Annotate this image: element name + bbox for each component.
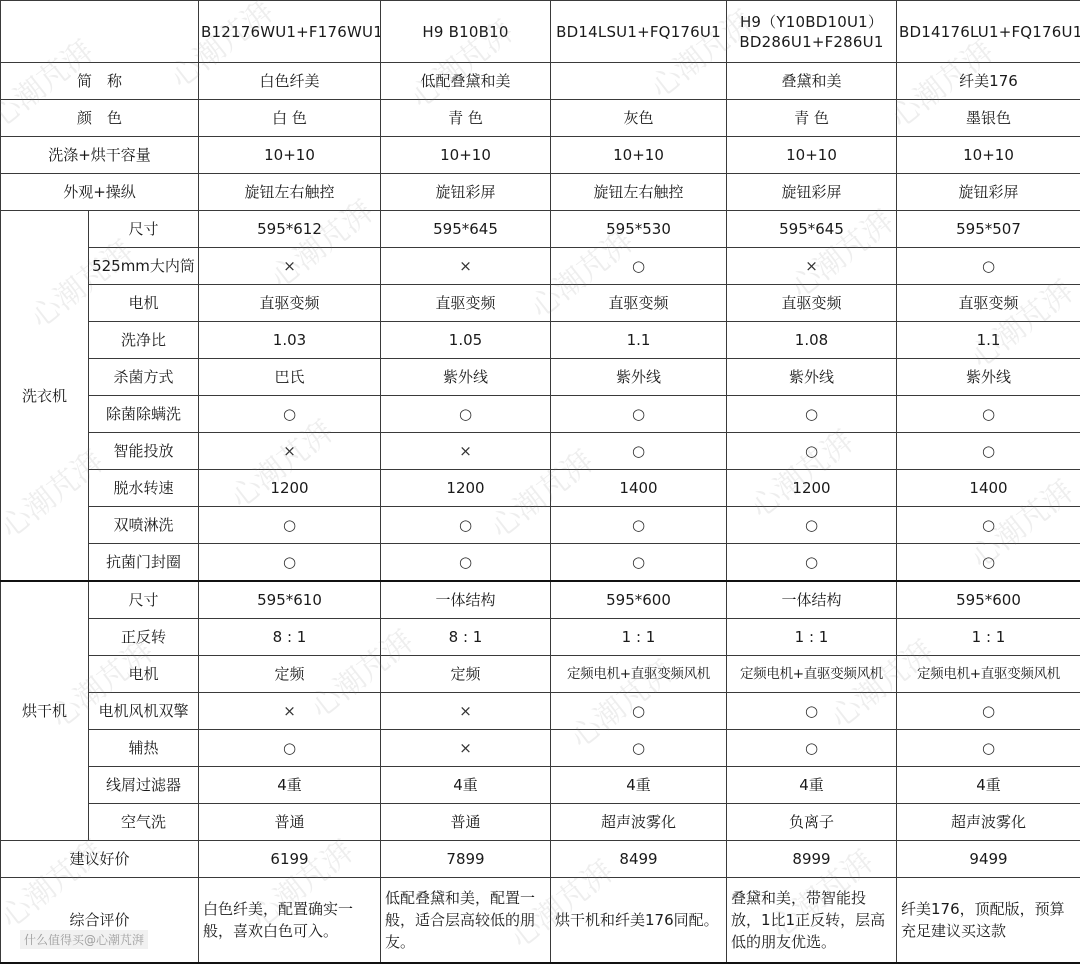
table-row-evaluation: 综合评价 白色纤美，配置确实一般，喜欢白色可入。 低配叠黛和美，配置一般，适合层…	[1, 878, 1080, 964]
cell: 8 : 1	[199, 619, 381, 656]
cell: ○	[551, 507, 727, 544]
comparison-table: B12176WU1+F176WU1 H9 B10B10 BD14LSU1+FQ1…	[0, 0, 1080, 964]
cell: 巴氏	[199, 359, 381, 396]
evaluation-cell: 白色纤美，配置确实一般，喜欢白色可入。	[199, 878, 381, 964]
cell: 1.03	[199, 322, 381, 359]
table-row-dryer: 电机风机双擎 × × ○ ○ ○	[1, 693, 1080, 730]
evaluation-cell: 低配叠黛和美，配置一般，适合层高较低的朋友。	[381, 878, 551, 964]
cell: ○	[727, 544, 897, 582]
table-row-washer: 智能投放 × × ○ ○ ○	[1, 433, 1080, 470]
cell: 直驱变频	[727, 285, 897, 322]
cell: 10+10	[199, 137, 381, 174]
model-header: H9（Y10BD10U1） BD286U1+F286U1	[727, 1, 897, 63]
cell: ○	[381, 544, 551, 582]
model-header: B12176WU1+F176WU1	[199, 1, 381, 63]
row-label: 双喷淋洗	[89, 507, 199, 544]
cell: ○	[381, 396, 551, 433]
table-row-dryer: 电机 定频 定频 定频电机+直驱变频风机 定频电机+直驱变频风机 定频电机+直驱…	[1, 656, 1080, 693]
group-label-washer: 洗衣机	[1, 211, 89, 582]
row-label: 辅热	[89, 730, 199, 767]
cell: 8 : 1	[381, 619, 551, 656]
evaluation-cell: 叠黛和美，带智能投放，1比1正反转，层高低的朋友优选。	[727, 878, 897, 964]
cell: ○	[727, 433, 897, 470]
cell: 4重	[381, 767, 551, 804]
cell: 定频	[199, 656, 381, 693]
cell: 紫外线	[551, 359, 727, 396]
model-header: BD14176LU1+FQ176U1	[897, 1, 1080, 63]
table-row-washer: 杀菌方式 巴氏 紫外线 紫外线 紫外线 紫外线	[1, 359, 1080, 396]
corner-cell	[1, 1, 199, 63]
table-row-washer: 525mm大内筒 × × ○ × ○	[1, 248, 1080, 285]
cell: 白色纤美	[199, 63, 381, 100]
cell: ○	[727, 730, 897, 767]
table-row-dryer: 线屑过滤器 4重 4重 4重 4重 4重	[1, 767, 1080, 804]
cell: 旋钮左右触控	[551, 174, 727, 211]
cell: ○	[551, 396, 727, 433]
row-label: 颜 色	[1, 100, 199, 137]
cell: 超声波雾化	[551, 804, 727, 841]
cell: ○	[551, 730, 727, 767]
table-row-washer: 抗菌门封圈 ○ ○ ○ ○ ○	[1, 544, 1080, 582]
cell: ×	[199, 693, 381, 730]
cell: 普通	[199, 804, 381, 841]
price-cell: 8499	[551, 841, 727, 878]
cell: 紫外线	[897, 359, 1080, 396]
cell: ×	[381, 248, 551, 285]
table-row-capacity: 洗涤+烘干容量 10+10 10+10 10+10 10+10 10+10	[1, 137, 1080, 174]
row-label: 电机	[89, 285, 199, 322]
price-cell: 6199	[199, 841, 381, 878]
cell: 4重	[551, 767, 727, 804]
cell: 旋钮彩屏	[727, 174, 897, 211]
row-label: 电机风机双擎	[89, 693, 199, 730]
cell: 一体结构	[381, 581, 551, 619]
cell: 定频	[381, 656, 551, 693]
cell: 10+10	[551, 137, 727, 174]
cell: 595*600	[897, 581, 1080, 619]
cell: ○	[551, 433, 727, 470]
row-label: 智能投放	[89, 433, 199, 470]
row-label: 抗菌门封圈	[89, 544, 199, 582]
row-label: 除菌除螨洗	[89, 396, 199, 433]
row-label: 线屑过滤器	[89, 767, 199, 804]
cell: ○	[381, 507, 551, 544]
cell: 旋钮左右触控	[199, 174, 381, 211]
cell: 青 色	[381, 100, 551, 137]
table-row-controls: 外观+操纵 旋钮左右触控 旋钮彩屏 旋钮左右触控 旋钮彩屏 旋钮彩屏	[1, 174, 1080, 211]
table-row-dryer: 烘干机 尺寸 595*610 一体结构 595*600 一体结构 595*600	[1, 581, 1080, 619]
row-label: 空气洗	[89, 804, 199, 841]
cell: 直驱变频	[199, 285, 381, 322]
cell: 1.1	[551, 322, 727, 359]
cell: 10+10	[381, 137, 551, 174]
cell: 1 : 1	[727, 619, 897, 656]
cell: 595*507	[897, 211, 1080, 248]
cell: ○	[551, 248, 727, 285]
row-label: 杀菌方式	[89, 359, 199, 396]
cell: ○	[199, 544, 381, 582]
cell: 旋钮彩屏	[381, 174, 551, 211]
cell: ○	[897, 544, 1080, 582]
row-label: 洗涤+烘干容量	[1, 137, 199, 174]
cell: ○	[199, 730, 381, 767]
cell: ○	[727, 693, 897, 730]
cell: ×	[381, 730, 551, 767]
cell: 一体结构	[727, 581, 897, 619]
cell: 白 色	[199, 100, 381, 137]
cell: 定频电机+直驱变频风机	[727, 656, 897, 693]
table-row-color: 颜 色 白 色 青 色 灰色 青 色 墨银色	[1, 100, 1080, 137]
price-cell: 7899	[381, 841, 551, 878]
cell: ○	[551, 544, 727, 582]
cell: ○	[897, 693, 1080, 730]
cell: ○	[897, 507, 1080, 544]
cell: 负离子	[727, 804, 897, 841]
cell: 定频电机+直驱变频风机	[551, 656, 727, 693]
row-label: 正反转	[89, 619, 199, 656]
cell: 1.1	[897, 322, 1080, 359]
cell: ○	[727, 396, 897, 433]
cell: ×	[727, 248, 897, 285]
cell: 10+10	[727, 137, 897, 174]
cell: ×	[199, 433, 381, 470]
row-label: 简 称	[1, 63, 199, 100]
price-cell: 9499	[897, 841, 1080, 878]
row-label: 综合评价	[1, 878, 199, 964]
cell: ×	[199, 248, 381, 285]
cell: ×	[381, 433, 551, 470]
table-row-dryer: 辅热 ○ × ○ ○ ○	[1, 730, 1080, 767]
cell: 1200	[381, 470, 551, 507]
cell: 4重	[727, 767, 897, 804]
model-header: BD14LSU1+FQ176U1	[551, 1, 727, 63]
evaluation-cell: 纤美176，顶配版，预算充足建议买这款	[897, 878, 1080, 964]
table-row-washer: 脱水转速 1200 1200 1400 1200 1400	[1, 470, 1080, 507]
cell: 595*530	[551, 211, 727, 248]
cell: ○	[199, 396, 381, 433]
model-header: H9 B10B10	[381, 1, 551, 63]
group-label-dryer: 烘干机	[1, 581, 89, 841]
cell: 1400	[897, 470, 1080, 507]
cell: 1 : 1	[551, 619, 727, 656]
cell: 紫外线	[727, 359, 897, 396]
table-row-short-name: 简 称 白色纤美 低配叠黛和美 叠黛和美 纤美176	[1, 63, 1080, 100]
row-label: 电机	[89, 656, 199, 693]
header-row: B12176WU1+F176WU1 H9 B10B10 BD14LSU1+FQ1…	[1, 1, 1080, 63]
table-row-dryer: 空气洗 普通 普通 超声波雾化 负离子 超声波雾化	[1, 804, 1080, 841]
cell: ○	[897, 433, 1080, 470]
table-row-washer: 洗净比 1.03 1.05 1.1 1.08 1.1	[1, 322, 1080, 359]
table-row-dryer: 正反转 8 : 1 8 : 1 1 : 1 1 : 1 1 : 1	[1, 619, 1080, 656]
table-row-washer: 双喷淋洗 ○ ○ ○ ○ ○	[1, 507, 1080, 544]
cell: 1200	[727, 470, 897, 507]
cell: 青 色	[727, 100, 897, 137]
cell: 1.08	[727, 322, 897, 359]
table-row-washer: 洗衣机 尺寸 595*612 595*645 595*530 595*645 5…	[1, 211, 1080, 248]
cell: ○	[551, 693, 727, 730]
row-label: 外观+操纵	[1, 174, 199, 211]
cell: 595*645	[381, 211, 551, 248]
row-label: 建议好价	[1, 841, 199, 878]
cell: 超声波雾化	[897, 804, 1080, 841]
cell: ×	[381, 693, 551, 730]
cell: 1200	[199, 470, 381, 507]
price-cell: 8999	[727, 841, 897, 878]
cell: 直驱变频	[381, 285, 551, 322]
cell: 紫外线	[381, 359, 551, 396]
cell: 纤美176	[897, 63, 1080, 100]
cell: 墨银色	[897, 100, 1080, 137]
cell: 灰色	[551, 100, 727, 137]
cell: 595*600	[551, 581, 727, 619]
cell: 1400	[551, 470, 727, 507]
row-label: 尺寸	[89, 581, 199, 619]
cell: 4重	[199, 767, 381, 804]
cell: ○	[199, 507, 381, 544]
cell: 定频电机+直驱变频风机	[897, 656, 1080, 693]
evaluation-cell: 烘干机和纤美176同配。	[551, 878, 727, 964]
cell: 普通	[381, 804, 551, 841]
cell: 旋钮彩屏	[897, 174, 1080, 211]
cell: 叠黛和美	[727, 63, 897, 100]
cell: ○	[897, 396, 1080, 433]
cell: ○	[727, 507, 897, 544]
table-row-washer: 电机 直驱变频 直驱变频 直驱变频 直驱变频 直驱变频	[1, 285, 1080, 322]
table-row-washer: 除菌除螨洗 ○ ○ ○ ○ ○	[1, 396, 1080, 433]
cell	[551, 63, 727, 100]
cell: 595*610	[199, 581, 381, 619]
row-label: 脱水转速	[89, 470, 199, 507]
model-header-line2: BD286U1+F286U1	[729, 32, 894, 52]
cell: 直驱变频	[551, 285, 727, 322]
cell: 直驱变频	[897, 285, 1080, 322]
cell: 10+10	[897, 137, 1080, 174]
cell: 595*645	[727, 211, 897, 248]
row-label: 525mm大内筒	[89, 248, 199, 285]
cell: ○	[897, 730, 1080, 767]
cell: ○	[897, 248, 1080, 285]
cell: 1.05	[381, 322, 551, 359]
cell: 595*612	[199, 211, 381, 248]
table-row-price: 建议好价 6199 7899 8499 8999 9499	[1, 841, 1080, 878]
row-label: 尺寸	[89, 211, 199, 248]
cell: 4重	[897, 767, 1080, 804]
model-header-line1: H9（Y10BD10U1）	[729, 12, 894, 32]
row-label: 洗净比	[89, 322, 199, 359]
cell: 1 : 1	[897, 619, 1080, 656]
cell: 低配叠黛和美	[381, 63, 551, 100]
